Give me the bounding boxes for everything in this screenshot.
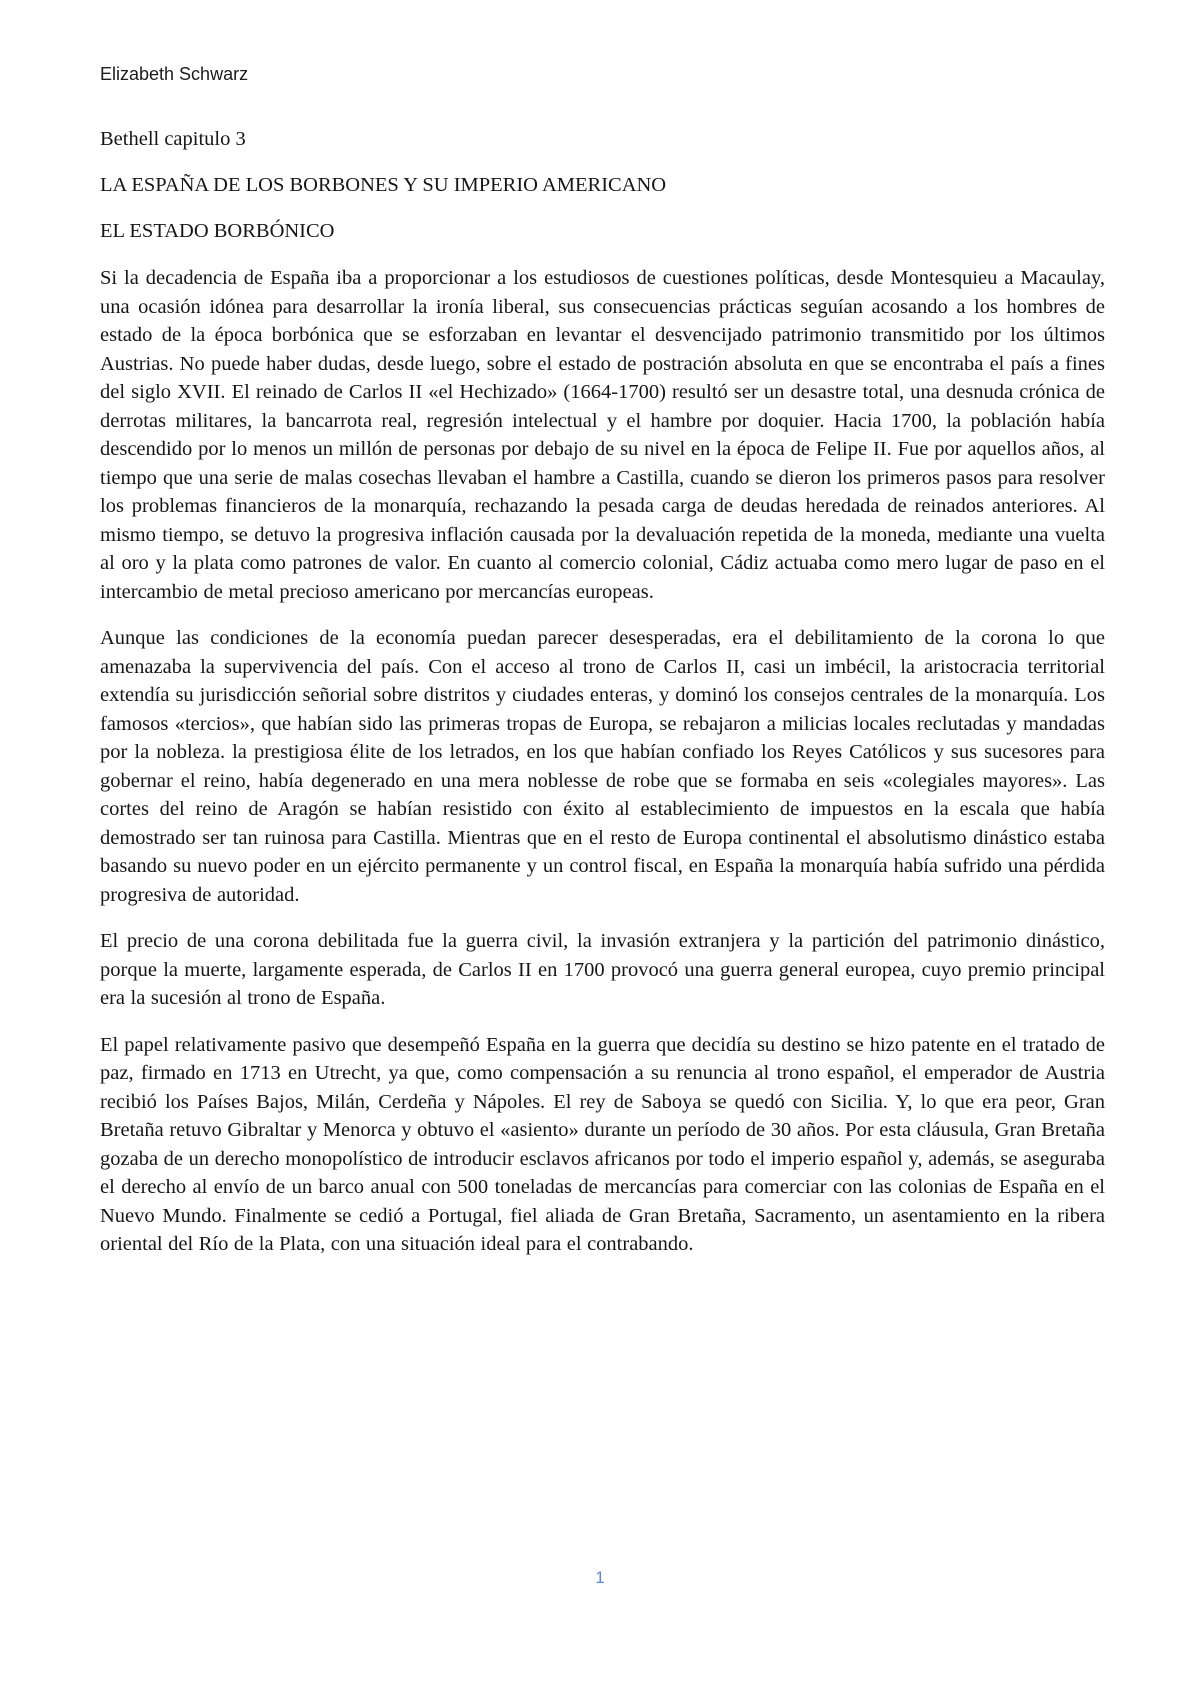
page-number: 1 (595, 1568, 604, 1587)
document-title: LA ESPAÑA DE LOS BORBONES Y SU IMPERIO A… (100, 172, 1105, 198)
body-paragraph-3: El precio de una corona debilitada fue l… (100, 927, 1105, 1013)
chapter-heading: Bethell capitulo 3 (100, 126, 1105, 152)
page-footer: 1 (0, 1568, 1200, 1588)
body-paragraph-2: Aunque las condiciones de la economía pu… (100, 624, 1105, 909)
body-paragraph-4: El papel relativamente pasivo que desemp… (100, 1031, 1105, 1259)
body-paragraph-1: Si la decadencia de España iba a proporc… (100, 264, 1105, 606)
section-heading: EL ESTADO BORBÓNICO (100, 218, 1105, 244)
document-page: Elizabeth Schwarz Bethell capitulo 3 LA … (0, 0, 1200, 1696)
author-header: Elizabeth Schwarz (100, 62, 1105, 86)
